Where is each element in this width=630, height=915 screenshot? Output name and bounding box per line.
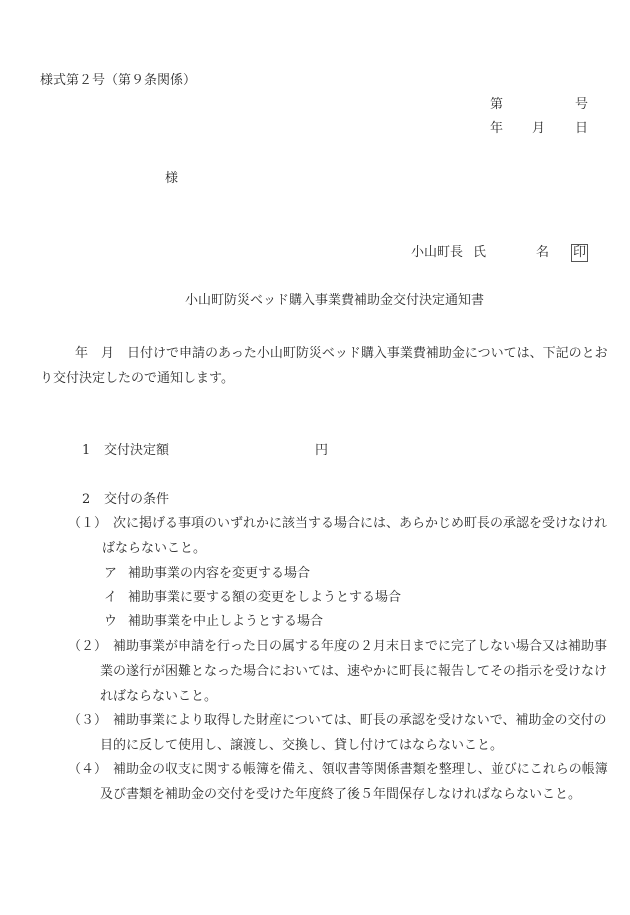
condition-2-line-1: 補助事業が申請を行った日の属する年度の２月末日までに完了しない場合又は補助事: [113, 639, 607, 655]
addressee-honorific: 様: [165, 171, 178, 187]
section1-number: 1: [82, 443, 90, 459]
condition-1-sub-a-text: 補助事業の内容を変更する場合: [128, 566, 310, 582]
number-prefix: 第: [490, 97, 503, 113]
condition-2-line-3: ればならないこと。: [100, 689, 217, 705]
document-title: 小山町防災ベッド購入事業費補助金交付決定通知書: [185, 293, 484, 309]
condition-3-line-1: 補助事業により取得した財産については、町長の承認を受けないで、補助金の交付の: [113, 713, 606, 729]
condition-4-line-1: 補助金の収支に関する帳簿を備え、領収書等関係書類を整理し、並びにこれらの帳簿: [113, 762, 608, 778]
condition-4-line-2: 及び書類を補助金の交付を受けた年度終了後５年間保存しなければならないこと。: [100, 787, 581, 803]
condition-1-sub-i-text: 補助事業に要する額の変更をしようとする場合: [128, 590, 401, 606]
condition-3-number: （３）: [68, 713, 107, 729]
condition-1-sub-i-mark: イ: [104, 590, 117, 606]
issuer-title: 小山町長: [411, 245, 463, 261]
condition-4-number: （４）: [68, 762, 107, 778]
condition-3-line-2: 目的に反して使用し、譲渡し、交換し、貸し付けてはならないこと。: [100, 738, 503, 754]
seal-mark: 印: [571, 244, 588, 262]
form-label: 様式第２号（第９条関係）: [40, 73, 196, 89]
condition-1-line-1: 次に掲げる事項のいずれかに該当する場合には、あらかじめ町長の承認を受けなけれ: [113, 516, 607, 532]
condition-1-number: （１）: [68, 516, 107, 532]
issuer-name-label-1: 氏: [473, 245, 486, 261]
issuer-name-label-2: 名: [536, 245, 549, 261]
condition-2-line-2: 業の遂行が困難となった場合においては、速やかに町長に報告してその指示を受けなけ: [100, 664, 607, 680]
number-suffix: 号: [575, 97, 588, 113]
section2-number: 2: [82, 492, 90, 508]
condition-1-sub-u-mark: ウ: [104, 614, 117, 630]
section1-unit: 円: [315, 443, 328, 459]
date-year-label: 年: [490, 121, 503, 137]
condition-1-sub-u-text: 補助事業を中止しようとする場合: [128, 614, 323, 630]
body-line-2: り交付決定したので通知します。: [40, 371, 234, 387]
condition-1-sub-a-mark: ア: [104, 566, 117, 582]
seal-icon: 印: [571, 244, 588, 262]
condition-1-line-2: ばならないこと。: [102, 541, 206, 557]
condition-2-number: （２）: [68, 639, 107, 655]
date-month-label: 月: [532, 121, 545, 137]
body-line-1: 年 月 日付けで申請のあった小山町防災ベッド購入事業費補助金については、下記のと…: [75, 346, 608, 362]
section2-label: 交付の条件: [104, 492, 169, 508]
section1-label: 交付決定額: [104, 443, 169, 459]
date-day-label: 日: [575, 121, 588, 137]
